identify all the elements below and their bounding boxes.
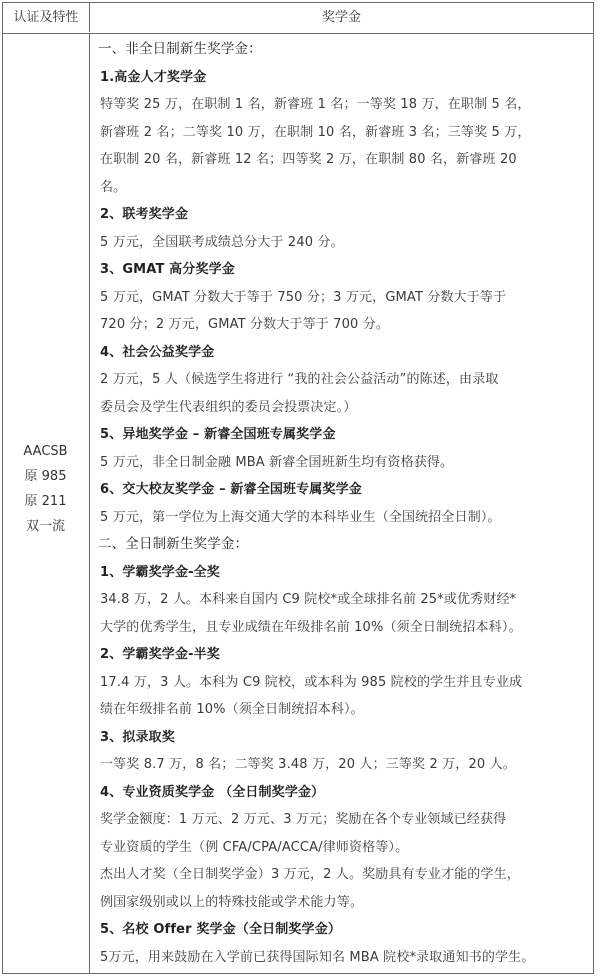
cert-985: 原 985: [3, 464, 88, 489]
scholarship-description: 5万元，用来鼓励在入学前已获得国际知名 MBA 院校*录取通知书的学生。: [98, 944, 587, 972]
scholarship-table: 认证及特性 奖学金 AACSB 原 985 原 211 双一流 一、非全日制新生…: [2, 2, 594, 974]
scholarship-content-cell: 一、非全日制新生奖学金：1.高金人才奖学金特等奖 25 万，在职制 1 名，新睿…: [90, 34, 593, 973]
certification-cell: AACSB 原 985 原 211 双一流: [3, 34, 90, 973]
header-certification: 认证及特性: [3, 3, 90, 32]
scholarship-description: 大学的优秀学生，且专业成绩在年级排名前 10%（须全日制统招本科）。: [98, 614, 587, 642]
scholarship-title: 5、名校 Offer 奖学金（全日制奖学金）: [98, 916, 587, 944]
scholarship-title: 1、学霸奖学金-全奖: [98, 559, 587, 587]
scholarship-description: 5 万元，全国联考成绩总分大于 240 分。: [98, 229, 587, 257]
scholarship-title: 4、社会公益奖学金: [98, 339, 587, 367]
scholarship-description: 奖学金额度：1 万元、2 万元、3 万元；奖励在各个专业领域已经获得: [98, 806, 587, 834]
scholarship-title: 1.高金人才奖学金: [98, 64, 587, 92]
scholarship-description: 5 万元，GMAT 分数大于等于 750 分；3 万元，GMAT 分数大于等于: [98, 284, 587, 312]
scholarship-title: 3、GMAT 高分奖学金: [98, 256, 587, 284]
scholarship-description: 例国家级别或以上的特殊技能或学术能力等。: [98, 889, 587, 917]
scholarship-title: 4、专业资质奖学金 （全日制奖学金）: [98, 779, 587, 807]
scholarship-description: 委员会及学生代表组织的委员会投票决定。）: [98, 394, 587, 422]
header-scholarship: 奖学金: [90, 3, 593, 32]
section-heading: 一、非全日制新生奖学金：: [98, 36, 587, 64]
scholarship-description: 2 万元，5 人（候选学生将进行 “我的社会公益活动”的陈述，由录取: [98, 366, 587, 394]
scholarship-title: 2、联考奖学金: [98, 201, 587, 229]
cert-211: 原 211: [3, 489, 88, 514]
scholarship-description: 绩在年级排名前 10%（须全日制统招本科）。: [98, 696, 587, 724]
cert-double-first-class: 双一流: [3, 514, 88, 539]
cert-aacsb: AACSB: [3, 439, 88, 464]
section-heading: 二、全日制新生奖学金：: [98, 531, 587, 559]
scholarship-description: 一等奖 8.7 万，8 名；二等奖 3.48 万，20 人；三等奖 2 万，20…: [98, 751, 587, 779]
scholarship-description: 17.4 万，3 人。本科为 C9 院校，或本科为 985 院校的学生并且专业成: [98, 669, 587, 697]
scholarship-title: 2、学霸奖学金-半奖: [98, 641, 587, 669]
scholarship-description: 特等奖 25 万，在职制 1 名，新睿班 1 名；一等奖 18 万，在职制 5 …: [98, 91, 587, 119]
scholarship-description: 34.8 万，2 人。本科来自国内 C9 院校*或全球排名前 25*或优秀财经*: [98, 586, 587, 614]
scholarship-title: 5、异地奖学金 – 新睿全国班专属奖学金: [98, 421, 587, 449]
scholarship-description: 720 分；2 万元，GMAT 分数大于等于 700 分。: [98, 311, 587, 339]
scholarship-description: 名。: [98, 174, 587, 202]
scholarship-title: 3、拟录取奖: [98, 724, 587, 752]
scholarship-description: 5 万元，非全日制金融 MBA 新睿全国班新生均有资格获得。: [98, 449, 587, 477]
scholarship-description: 新睿班 2 名；二等奖 10 万，在职制 10 名，新睿班 3 名；三等奖 5 …: [98, 119, 587, 147]
table-header-row: 认证及特性 奖学金: [3, 3, 593, 34]
scholarship-description: 杰出人才奖（全日制奖学金）3 万元，2 人。奖励具有专业才能的学生，: [98, 861, 587, 889]
scholarship-title: 6、交大校友奖学金 – 新睿全国班专属奖学金: [98, 476, 587, 504]
scholarship-description: 在职制 20 名，新睿班 12 名；四等奖 2 万，在职制 80 名，新睿班 2…: [98, 146, 587, 174]
scholarship-description: 5 万元，第一学位为上海交通大学的本科毕业生（全国统招全日制）。: [98, 504, 587, 532]
certification-list: AACSB 原 985 原 211 双一流: [3, 439, 88, 539]
scholarship-description: 专业资质的学生（例 CFA/CPA/ACCA/律师资格等）。: [98, 834, 587, 862]
